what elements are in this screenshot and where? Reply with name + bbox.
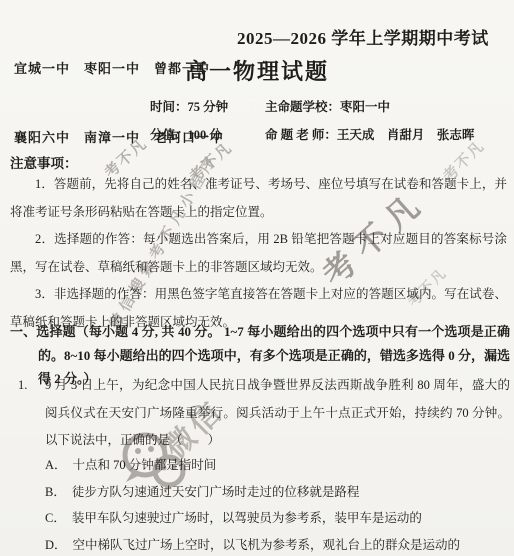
meta-duration: 时间：75 分钟: [150, 97, 265, 115]
meta-score: 分值：100 分: [150, 125, 265, 143]
question-1: 1. 9 月 3 日上午，为纪念中国人民抗日战争暨世界反法西斯战争胜利 80 周…: [10, 372, 510, 455]
meta-teachers: 命 题 老 师：王天成 肖甜月 张志晖: [265, 125, 474, 143]
notice-item: 1．答题前，先将自己的姓名、准考证号、考场号、座位号填写在试卷和答题卡上，并将准…: [10, 171, 507, 226]
notice-list: 1．答题前，先将自己的姓名、准考证号、考场号、座位号填写在试卷和答题卡上，并将准…: [10, 171, 507, 337]
option-d-text: 空中梯队飞过广场上空时，以飞机为参考系，观礼台上的群众是运动的: [73, 538, 461, 552]
option-a: A．十点和 70 分钟都是指时间: [45, 452, 505, 479]
header-school-list: 宜城一中 枣阳一中 曾都一中 襄阳六中 南漳一中 老河口一中: [14, 11, 224, 172]
meta-lead-school: 主命题学校：枣阳一中: [265, 97, 474, 115]
question-1-stem: 9 月 3 日上午，为纪念中国人民抗日战争暨世界反法西斯战争胜利 80 周年，盛…: [45, 378, 510, 447]
question-1-options: A．十点和 70 分钟都是指时间 B．徒步方队匀速通过天安门广场时走过的位移就是…: [45, 452, 505, 556]
option-b-label: B．: [45, 485, 66, 499]
option-b-text: 徒步方队匀速通过天安门广场时走过的位移就是路程: [72, 485, 360, 499]
exam-paper-page: { "header": { "schools_line1": "宜城一中 枣阳一…: [0, 0, 514, 556]
option-b: B．徒步方队匀速通过天安门广场时走过的位移就是路程: [45, 479, 505, 506]
notice-heading: 注意事项：: [10, 152, 78, 172]
option-c: C．装甲车队匀速驶过广场时，以驾驶员为参考系，装甲车是运动的: [45, 505, 505, 532]
option-c-label: C．: [45, 511, 66, 525]
paper-title: 高一物理试题: [0, 55, 514, 86]
option-d: D．空中梯队飞过广场上空时，以飞机为参考系，观礼台上的群众是运动的: [45, 532, 505, 556]
option-a-text: 十点和 70 分钟都是指时间: [73, 458, 217, 472]
exam-meta-block: 时间：75 分钟 主命题学校：枣阳一中 分值：100 分 命 题 老 师：王天成…: [150, 97, 474, 143]
notice-item: 2．选择题的作答：每小题选出答案后，用 2B 铅笔把答题卡上对应题目的答案标号涂…: [10, 226, 507, 281]
option-d-label: D．: [45, 538, 67, 552]
option-a-label: A．: [45, 458, 67, 472]
exam-session-title: 2025—2026 学年上学期期中考试: [237, 24, 489, 49]
question-1-number: 1.: [18, 372, 27, 400]
option-c-text: 装甲车队匀速驶过广场时，以驾驶员为参考系，装甲车是运动的: [72, 511, 422, 525]
